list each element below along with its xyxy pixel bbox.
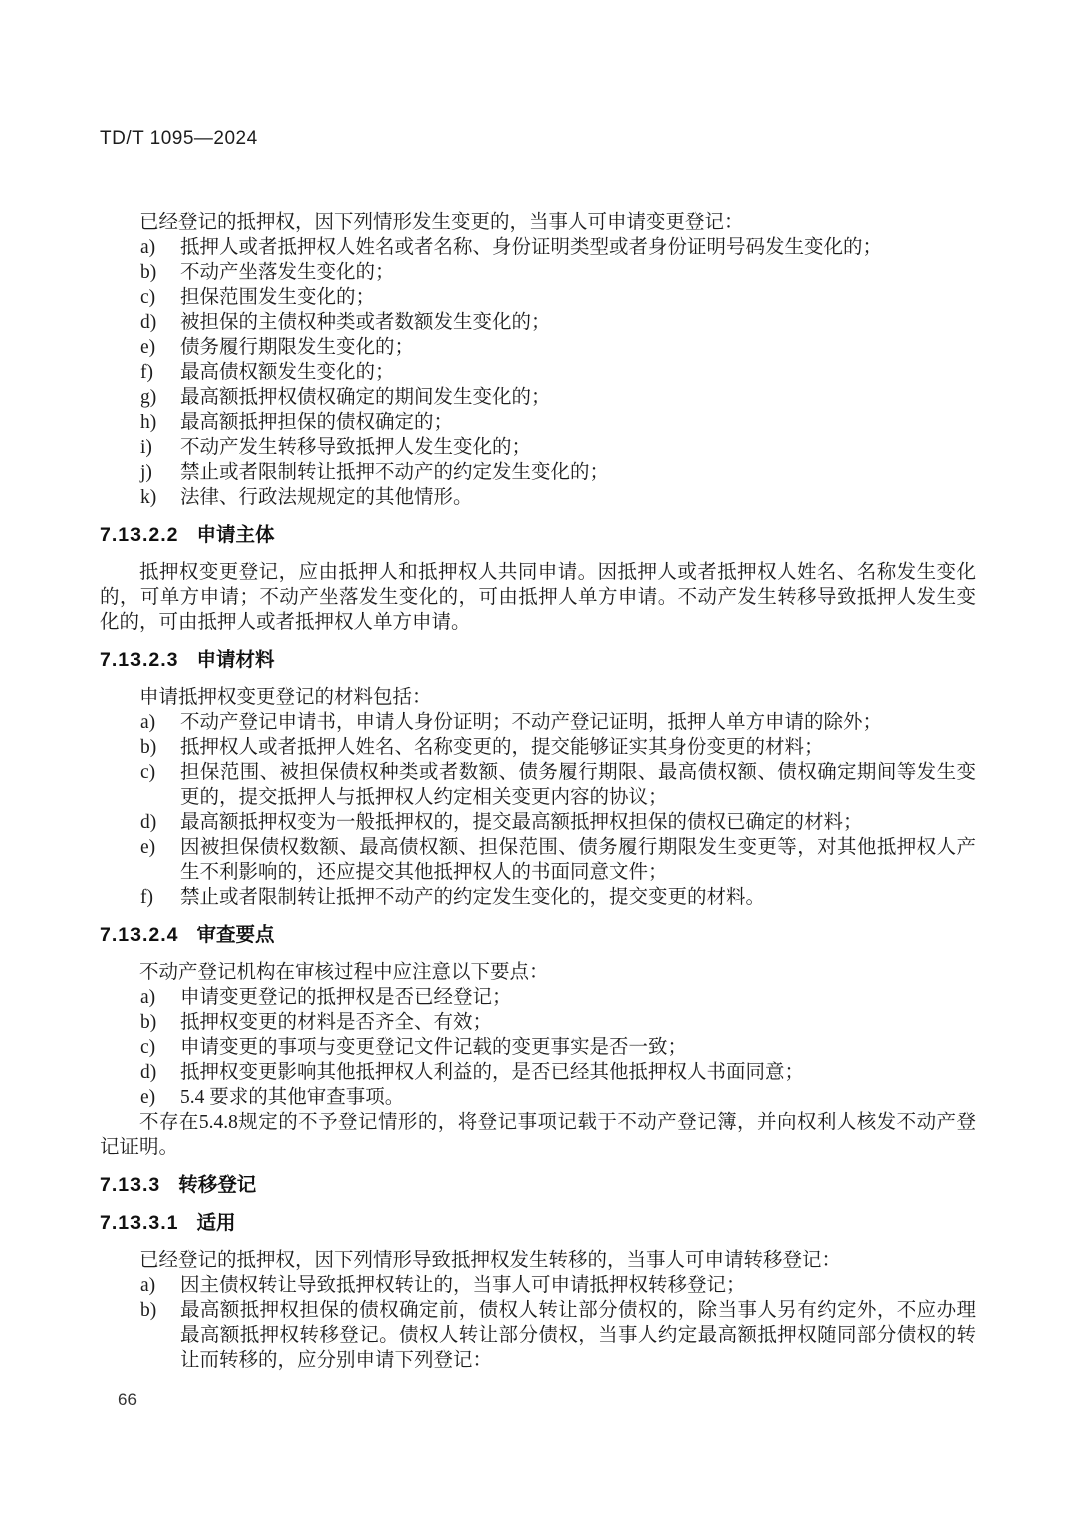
section-number: 7.13.2.4 bbox=[100, 924, 178, 946]
list-item: d)最高额抵押权变为一般抵押权的，提交最高额抵押权担保的债权已确定的材料； bbox=[100, 810, 976, 835]
list-item-text: 不动产登记申请书，申请人身份证明；不动产登记证明，抵押人单方申请的除外； bbox=[180, 712, 882, 733]
section-heading: 7.13.3转移登记 bbox=[100, 1172, 976, 1198]
paragraph: 申请抵押权变更登记的材料包括： bbox=[100, 685, 976, 710]
list-item: a)因主债权转让导致抵押权转让的，当事人可申请抵押权转移登记； bbox=[100, 1273, 976, 1298]
list-item-label: c) bbox=[140, 760, 155, 785]
list-item-text: 被担保的主债权种类或者数额发生变化的； bbox=[180, 312, 551, 333]
list-item-text: 最高额抵押担保的债权确定的； bbox=[180, 412, 453, 433]
list-item: b)不动产坐落发生变化的； bbox=[100, 260, 976, 285]
list-item-text: 担保范围发生变化的； bbox=[180, 287, 375, 308]
list-item-label: d) bbox=[140, 810, 156, 835]
ordered-list: a)不动产登记申请书，申请人身份证明；不动产登记证明，抵押人单方申请的除外；b)… bbox=[100, 710, 976, 910]
section-heading: 7.13.2.2申请主体 bbox=[100, 522, 976, 548]
list-item: c)申请变更的事项与变更登记文件记载的变更事实是否一致； bbox=[100, 1035, 976, 1060]
paragraph: 已经登记的抵押权，因下列情形发生变更的，当事人可申请变更登记： bbox=[100, 210, 976, 235]
list-item-text: 不动产坐落发生变化的； bbox=[180, 262, 395, 283]
list-item-text: 因主债权转让导致抵押权转让的，当事人可申请抵押权转移登记； bbox=[180, 1275, 746, 1296]
list-item-label: a) bbox=[140, 710, 155, 735]
list-item-text: 最高额抵押权变为一般抵押权的，提交最高额抵押权担保的债权已确定的材料； bbox=[180, 812, 863, 833]
section-title: 申请主体 bbox=[196, 524, 274, 546]
list-item: e)5.4 要求的其他审查事项。 bbox=[100, 1085, 976, 1110]
list-item-text: 债务履行期限发生变化的； bbox=[180, 337, 414, 358]
list-item-text: 最高额抵押权担保的债权确定前，债权人转让部分债权的，除当事人另有约定外，不应办理… bbox=[180, 1300, 976, 1371]
list-item-text: 抵押权变更影响其他抵押权人利益的，是否已经其他抵押权人书面同意； bbox=[180, 1062, 804, 1083]
list-item-label: e) bbox=[140, 335, 155, 360]
list-item-label: e) bbox=[140, 835, 155, 860]
list-item-text: 禁止或者限制转让抵押不动产的约定发生变化的； bbox=[180, 462, 609, 483]
list-item: a)申请变更登记的抵押权是否已经登记； bbox=[100, 985, 976, 1010]
ordered-list: a)抵押人或者抵押权人姓名或者名称、身份证明类型或者身份证明号码发生变化的；b)… bbox=[100, 235, 976, 510]
list-item-label: i) bbox=[140, 435, 152, 460]
list-item-label: a) bbox=[140, 1273, 155, 1298]
paragraph: 已经登记的抵押权，因下列情形导致抵押权发生转移的，当事人可申请转移登记： bbox=[100, 1248, 976, 1273]
section-heading: 7.13.2.3申请材料 bbox=[100, 647, 976, 673]
section-number: 7.13.3.1 bbox=[100, 1212, 178, 1234]
ordered-list: a)申请变更登记的抵押权是否已经登记；b)抵押权变更的材料是否齐全、有效；c)申… bbox=[100, 985, 976, 1110]
list-item-label: a) bbox=[140, 985, 155, 1010]
list-item-text: 5.4 要求的其他审查事项。 bbox=[180, 1087, 404, 1108]
section-heading: 7.13.2.4审查要点 bbox=[100, 922, 976, 948]
list-item: j)禁止或者限制转让抵押不动产的约定发生变化的； bbox=[100, 460, 976, 485]
ordered-list: a)因主债权转让导致抵押权转让的，当事人可申请抵押权转移登记；b)最高额抵押权担… bbox=[100, 1273, 976, 1373]
list-item: b)抵押权人或者抵押人姓名、名称变更的，提交能够证实其身份变更的材料； bbox=[100, 735, 976, 760]
section-title: 审查要点 bbox=[196, 924, 274, 946]
section-title: 申请材料 bbox=[196, 649, 274, 671]
list-item-text: 抵押权变更的材料是否齐全、有效； bbox=[180, 1012, 492, 1033]
list-item-label: h) bbox=[140, 410, 156, 435]
list-item-label: f) bbox=[140, 885, 153, 910]
list-item: h)最高额抵押担保的债权确定的； bbox=[100, 410, 976, 435]
section-title: 转移登记 bbox=[178, 1174, 256, 1196]
list-item-text: 申请变更的事项与变更登记文件记载的变更事实是否一致； bbox=[180, 1037, 687, 1058]
list-item-text: 抵押权人或者抵押人姓名、名称变更的，提交能够证实其身份变更的材料； bbox=[180, 737, 824, 758]
paragraph: 不动产登记机构在审核过程中应注意以下要点： bbox=[100, 960, 976, 985]
list-item-text: 担保范围、被担保债权种类或者数额、债务履行期限、最高债权额、债权确定期间等发生变… bbox=[180, 762, 976, 808]
list-item-text: 法律、行政法规规定的其他情形。 bbox=[180, 487, 473, 508]
section-title: 适用 bbox=[196, 1212, 235, 1234]
list-item: c)担保范围、被担保债权种类或者数额、债务履行期限、最高债权额、债权确定期间等发… bbox=[100, 760, 976, 810]
section-heading: 7.13.3.1适用 bbox=[100, 1210, 976, 1236]
list-item: e)债务履行期限发生变化的； bbox=[100, 335, 976, 360]
list-item-label: c) bbox=[140, 1035, 155, 1060]
list-item: f)最高债权额发生变化的； bbox=[100, 360, 976, 385]
list-item-text: 不动产发生转移导致抵押人发生变化的； bbox=[180, 437, 531, 458]
list-item-label: b) bbox=[140, 260, 156, 285]
list-item-label: j) bbox=[140, 460, 152, 485]
list-item-text: 禁止或者限制转让抵押不动产的约定发生变化的，提交变更的材料。 bbox=[180, 887, 765, 908]
list-item: f)禁止或者限制转让抵押不动产的约定发生变化的，提交变更的材料。 bbox=[100, 885, 976, 910]
paragraph: 抵押权变更登记，应由抵押人和抵押权人共同申请。因抵押人或者抵押权人姓名、名称发生… bbox=[100, 560, 976, 635]
list-item-label: b) bbox=[140, 1010, 156, 1035]
list-item: a)不动产登记申请书，申请人身份证明；不动产登记证明，抵押人单方申请的除外； bbox=[100, 710, 976, 735]
list-item: i)不动产发生转移导致抵押人发生变化的； bbox=[100, 435, 976, 460]
list-item-label: d) bbox=[140, 1060, 156, 1085]
list-item-label: d) bbox=[140, 310, 156, 335]
paragraph: 不存在5.4.8规定的不予登记情形的，将登记事项记载于不动产登记簿，并向权利人核… bbox=[100, 1110, 976, 1160]
section-number: 7.13.2.2 bbox=[100, 524, 178, 546]
list-item-label: c) bbox=[140, 285, 155, 310]
list-item-label: b) bbox=[140, 735, 156, 760]
list-item: g)最高额抵押权债权确定的期间发生变化的； bbox=[100, 385, 976, 410]
list-item-label: f) bbox=[140, 360, 153, 385]
list-item-text: 因被担保债权数额、最高债权额、担保范围、债务履行期限发生变更等，对其他抵押权人产… bbox=[180, 837, 976, 883]
list-item: e)因被担保债权数额、最高债权额、担保范围、债务履行期限发生变更等，对其他抵押权… bbox=[100, 835, 976, 885]
list-item: d)抵押权变更影响其他抵押权人利益的，是否已经其他抵押权人书面同意； bbox=[100, 1060, 976, 1085]
list-item-text: 申请变更登记的抵押权是否已经登记； bbox=[180, 987, 512, 1008]
list-item: d)被担保的主债权种类或者数额发生变化的； bbox=[100, 310, 976, 335]
document-body: 已经登记的抵押权，因下列情形发生变更的，当事人可申请变更登记：a)抵押人或者抵押… bbox=[100, 210, 976, 1373]
list-item: b)最高额抵押权担保的债权确定前，债权人转让部分债权的，除当事人另有约定外，不应… bbox=[100, 1298, 976, 1373]
list-item-text: 最高额抵押权债权确定的期间发生变化的； bbox=[180, 387, 551, 408]
list-item: b)抵押权变更的材料是否齐全、有效； bbox=[100, 1010, 976, 1035]
document-page: TD/T 1095—2024 已经登记的抵押权，因下列情形发生变更的，当事人可申… bbox=[0, 0, 1074, 1520]
list-item: c)担保范围发生变化的； bbox=[100, 285, 976, 310]
list-item: a)抵押人或者抵押权人姓名或者名称、身份证明类型或者身份证明号码发生变化的； bbox=[100, 235, 976, 260]
standard-code-header: TD/T 1095—2024 bbox=[100, 128, 258, 150]
list-item-label: k) bbox=[140, 485, 156, 510]
list-item-label: g) bbox=[140, 385, 156, 410]
list-item-text: 抵押人或者抵押权人姓名或者名称、身份证明类型或者身份证明号码发生变化的； bbox=[180, 237, 882, 258]
section-number: 7.13.2.3 bbox=[100, 649, 178, 671]
list-item-label: b) bbox=[140, 1298, 156, 1323]
page-number: 66 bbox=[118, 1390, 137, 1410]
list-item-text: 最高债权额发生变化的； bbox=[180, 362, 395, 383]
list-item-label: a) bbox=[140, 235, 155, 260]
list-item-label: e) bbox=[140, 1085, 155, 1110]
list-item: k)法律、行政法规规定的其他情形。 bbox=[100, 485, 976, 510]
section-number: 7.13.3 bbox=[100, 1174, 160, 1196]
